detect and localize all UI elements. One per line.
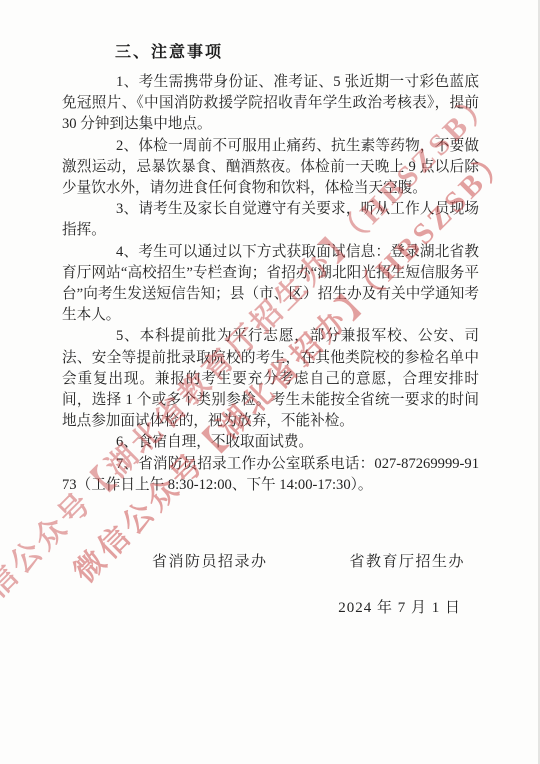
section-heading: 三、注意事项 bbox=[115, 42, 479, 64]
signature-education-admissions-office: 省教育厅招生办 bbox=[350, 550, 466, 571]
body-paragraph-2: 2、体检一周前不可服用止痛药、抗生素等药物，不要做激烈运动，忌暴饮暴食、酗酒熬夜… bbox=[62, 136, 479, 200]
document-page: 微信公众号【湖北省教育厅招生办】（HBSZSB） 微信公众号【湖北省招办】（HB… bbox=[0, 0, 540, 764]
signature-fire-recruitment-office: 省消防员招录办 bbox=[152, 550, 268, 571]
body-paragraph-5: 5、本科提前批为平行志愿，部分兼报军校、公安、司法、安全等提前批录取院校的考生，… bbox=[62, 326, 479, 432]
document-body: 三、注意事项 1、考生需携带身份证、准考证、5 张近期一寸彩色蓝底免冠照片、《中… bbox=[62, 42, 479, 617]
body-paragraph-7: 7、省消防员招录工作办公室联系电话：027-87269999-9173（工作日上… bbox=[62, 454, 479, 496]
body-paragraph-6: 6、食宿自理，不收取面试费。 bbox=[62, 432, 479, 453]
body-paragraph-3: 3、请考生及家长自觉遵守有关要求，听从工作人员现场指挥。 bbox=[62, 199, 479, 241]
document-date: 2024 年 7 月 1 日 bbox=[62, 596, 479, 617]
body-paragraph-1: 1、考生需携带身份证、准考证、5 张近期一寸彩色蓝底免冠照片、《中国消防救援学院… bbox=[62, 72, 479, 136]
signature-row: 省消防员招录办 省教育厅招生办 bbox=[62, 550, 479, 571]
body-paragraph-4: 4、考生可以通过以下方式获取面试信息：登录湖北省教育厅网站“高校招生”专栏查询；… bbox=[62, 242, 479, 327]
